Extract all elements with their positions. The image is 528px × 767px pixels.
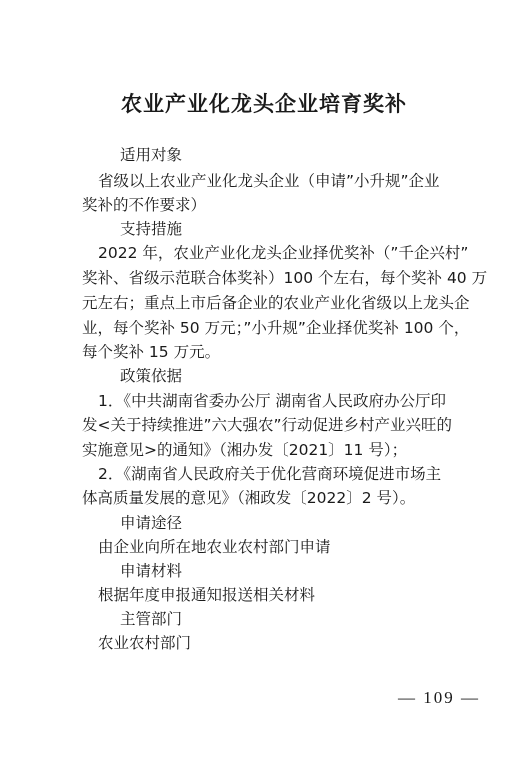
heading-materials: 申请材料 [120, 561, 182, 581]
text-line: 元左右；重点上市后备企业的农业产业化省级以上龙头企 [82, 293, 470, 313]
text-line: 2022 年，农业产业化龙头企业择优奖补（”千企兴村” [98, 243, 468, 263]
heading-support: 支持措施 [120, 219, 182, 239]
page-title: 农业产业化龙头企业培育奖补 [0, 88, 528, 118]
text-line: 省级以上农业产业化龙头企业（申请”小升规”企业 [98, 171, 440, 191]
text-line: 业，每个奖补 50 万元；”小升规”企业择优奖补 100 个， [82, 318, 469, 338]
text-line: 奖补的不作要求） [82, 195, 206, 215]
text-line: 农业农村部门 [98, 633, 191, 653]
text-line: 每个奖补 15 万元。 [82, 342, 220, 362]
text-line: 奖补、省级示范联合体奖补）100 个左右，每个奖补 40 万 [82, 268, 487, 288]
text-line: 2．《湖南省人民政府关于优化营商环境促进市场主 [98, 464, 441, 484]
text-line: 体高质量发展的意见》（湘政发〔2022〕2 号）。 [82, 488, 415, 508]
text-line: 发<关于持续推进”六大强农”行动促进乡村产业兴旺的 [82, 415, 452, 435]
text-line: 根据年度申报通知报送相关材料 [98, 585, 315, 605]
heading-applicable: 适用对象 [120, 145, 182, 165]
page-number: — 109 — [398, 688, 480, 708]
text-line: 1．《中共湖南省委办公厅 湖南省人民政府办公厅印 [98, 391, 446, 411]
text-line: 实施意见>的通知》（湘办发〔2021〕11 号）； [82, 440, 407, 460]
heading-basis: 政策依据 [120, 366, 182, 386]
heading-authority: 主管部门 [120, 609, 182, 629]
heading-channel: 申请途径 [120, 513, 182, 533]
text-line: 由企业向所在地农业农村部门申请 [98, 537, 331, 557]
